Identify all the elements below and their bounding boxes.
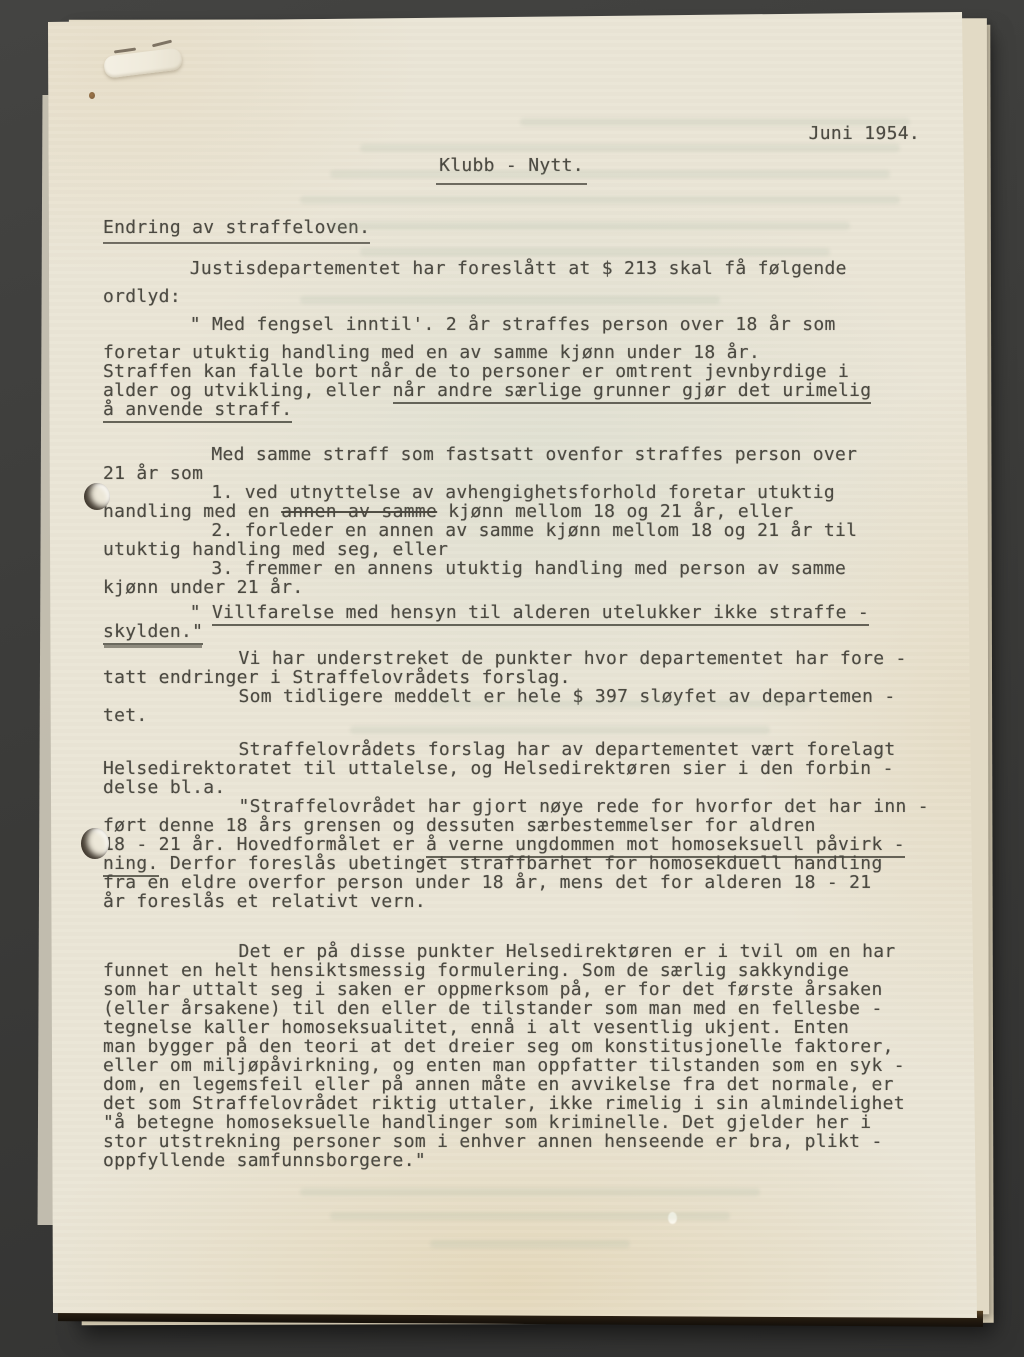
text-line: 2. forleder en annen av samme kjønn mell… xyxy=(103,521,920,540)
text-line: (eller årsakene) til den eller de tilsta… xyxy=(103,999,920,1018)
ink-bleed-through xyxy=(430,1240,630,1248)
text-line: fra en eldre overfor person under 18 år,… xyxy=(103,873,920,892)
text-line: Vi har understreket de punkter hvor depa… xyxy=(103,649,920,668)
text-line: stor utstrekning personer som i enhver a… xyxy=(103,1132,920,1151)
text-line: år foreslås et relativt vern. xyxy=(103,892,920,911)
ink-bleed-through xyxy=(360,248,830,256)
text-line: tegnelse kaller homoseksualitet, ennå i … xyxy=(103,1018,920,1037)
text-line: 1. ved utnyttelse av avhengighetsforhold… xyxy=(103,483,920,502)
underlined-text: når andre særlige grunner gjør det urime… xyxy=(393,380,872,404)
struck-text: annen av samme xyxy=(281,501,437,522)
text-line: ning. Derfor foreslås ubetinget straffba… xyxy=(103,854,920,873)
text-line: "Straffelovrådet har gjort nøye rede for… xyxy=(103,797,920,816)
underlined-text: å anvende straff. xyxy=(103,399,292,423)
text-line: ført denne 18 års grensen og dessuten sæ… xyxy=(103,816,920,835)
text-line: 3. fremmer en annens utuktig handling me… xyxy=(103,559,920,578)
underlined-text: Villfarelse med hensyn til alderen utelu… xyxy=(212,602,869,626)
ink-bleed-through xyxy=(330,1212,730,1220)
text-line: Det er på disse punkter Helsedirektøren … xyxy=(103,942,920,961)
text-line: delse bl.a. xyxy=(103,778,920,797)
ink-bleed-through xyxy=(430,700,810,708)
text-line: eller om miljøpåvirkning, og enten man o… xyxy=(103,1056,920,1075)
text-line: som har uttalt seg i saken er oppmerksom… xyxy=(103,980,920,999)
text-line: Helsedirektoratet til uttalelse, og Hels… xyxy=(103,759,920,778)
text-line: utuktig handling med seg, eller xyxy=(103,540,920,559)
text-line: funnet en helt hensiktsmessig formulerin… xyxy=(103,961,920,980)
text-line: oppfyllende samfunnsborgere." xyxy=(103,1151,920,1170)
text-line: " Med fengsel inntil'. 2 år straffes per… xyxy=(103,315,920,334)
document-page: Juni 1954.Klubb - Nytt.Endring av straff… xyxy=(48,12,978,1322)
ink-bleed-through xyxy=(350,726,770,734)
date-line: Juni 1954. xyxy=(103,124,920,143)
text-line: handling med en annen av samme kjønn mel… xyxy=(103,502,920,521)
text-line: tet. xyxy=(103,706,920,725)
text-line: 21 år som xyxy=(103,464,920,483)
text-line: Med samme straff som fastsatt ovenfor st… xyxy=(103,445,920,464)
ink-bleed-through xyxy=(300,1188,760,1196)
ink-bleed-through xyxy=(330,222,850,230)
text-line: tatt endringer i Straffelovrådets forsla… xyxy=(103,668,920,687)
typewritten-text: Juni 1954.Klubb - Nytt.Endring av straff… xyxy=(48,12,978,1170)
text-line: Straffen kan falle bort når de to person… xyxy=(103,362,920,381)
text-line: " Villfarelse med hensyn til alderen ute… xyxy=(103,603,920,622)
text-line: man bygger på den teori at det dreier se… xyxy=(103,1037,920,1056)
text-line: foretar utuktig handling med en av samme… xyxy=(103,343,920,362)
ink-bleed-through xyxy=(300,196,900,204)
punch-hole xyxy=(84,483,110,510)
ink-bleed-through xyxy=(330,170,890,178)
text-line: alder og utvikling, eller når andre særl… xyxy=(103,381,920,400)
text-line: det som Straffelovrådet riktig uttaler, … xyxy=(103,1094,920,1113)
text-line: 18 - 21 år. Hovedformålet er å verne ung… xyxy=(103,835,920,854)
text-line: Justisdepartementet har foreslått at $ 2… xyxy=(103,259,920,278)
text-line: kjønn under 21 år. xyxy=(103,578,920,597)
ink-bleed-through xyxy=(520,118,910,126)
photograph-background: Juni 1954.Klubb - Nytt.Endring av straff… xyxy=(0,0,1024,1357)
text-line: Straffelovrådets forslag har av departem… xyxy=(103,740,920,759)
underlined-text: skylden." xyxy=(103,621,203,645)
text-line: "å betegne homoseksuelle handlinger som … xyxy=(103,1113,920,1132)
ink-bleed-through xyxy=(300,296,720,304)
underlined-text: Endring av straffeloven. xyxy=(103,217,370,244)
rust-spot xyxy=(89,92,95,99)
ink-bleed-through xyxy=(360,144,900,152)
punch-hole xyxy=(81,828,109,859)
text-line: dom, en legemsfeil eller på annen måte e… xyxy=(103,1075,920,1094)
